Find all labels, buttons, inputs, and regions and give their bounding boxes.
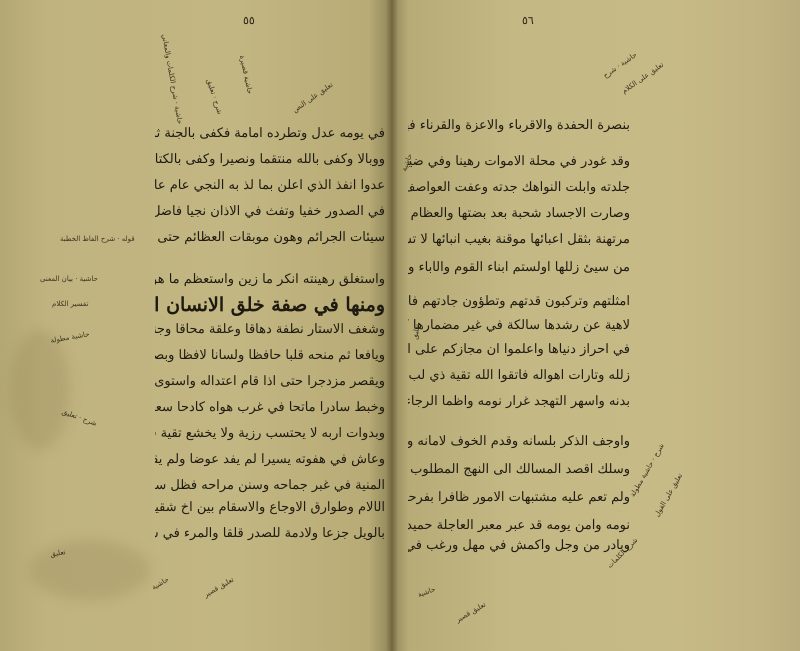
marginal-gloss: حاشية: [150, 576, 170, 592]
page-edge: [750, 0, 800, 651]
text-line: في يومه عدل وتطرده امامة فكفى بالجنة ثوا…: [155, 126, 385, 141]
text-line: جلدته وابلت النواهك جدته وعفت العواصف آث…: [408, 180, 630, 195]
book-gutter: [386, 0, 398, 651]
text-line: امثلتهم وتركبون قدتهم وتطؤون جادتهم فالق…: [408, 294, 630, 309]
text-line: الآلام وطوارق الاوجاع والاسقام بين اخ شق…: [155, 500, 385, 515]
text-line: بدنه واسهر التهجد غرار نومه واظما الرجاء…: [408, 394, 630, 409]
text-line: عدوا انفذ الذي اعلن بما لذ به النجي عام …: [155, 178, 385, 193]
text-line: وصارت الاجساد شحبة بعد بضتها والعظام نخر…: [408, 206, 630, 221]
text-line: في احراز دنياها واعلموا ان مجازكم على ال…: [408, 342, 630, 357]
text-line: بالويل جزعا ولادمة للصدر قلقا والمرء في …: [155, 526, 385, 541]
text-line: وبدوات اربه لا يحتسب رزية ولا يخشع تقية …: [155, 426, 385, 441]
text-line: وقد غودر في محلة الاموات رهينا وفي ضيق ا…: [408, 154, 630, 169]
page-number-right: ٥٦: [522, 14, 534, 27]
text-line: زلله وتارات اهواله فاتقوا الله تقية ذي ل…: [408, 368, 630, 383]
text-line: ووبالا وكفى بالله منتقما ونصيرا وكفى بال…: [155, 152, 385, 167]
left-page: ٥٥ حاشية · شرح الكلمات والمعاني شرح · تع…: [0, 0, 392, 651]
text-line: المنية في غبر جماحه وسنن مراحه فظل سادرا…: [155, 478, 385, 493]
marginal-gloss: تعليق على القول: [653, 472, 684, 518]
text-line: وشغف الاستار نطفة دهاقا وعلقة محاقا وجني…: [155, 322, 385, 337]
text-line: ويقصر مزدجرا حتى اذا قام اعتداله واستوى …: [155, 374, 385, 389]
text-line: نومه وآمن يومه قد عبر معبر العاجلة حميدا…: [408, 518, 630, 533]
marginal-gloss: حاشية مطولة: [50, 330, 90, 345]
page-number-left: ٥٥: [243, 14, 255, 27]
text-line: من سيئ زللها اولستم ابناء القوم والآباء …: [408, 260, 630, 275]
main-text-block-right: بنصرة الحفدة والاقرباء والاعزة والقرناء …: [408, 118, 630, 538]
marginal-gloss: تعليق على النص: [291, 81, 334, 115]
marginal-gloss: حاشية · شرح: [602, 51, 639, 80]
marginal-gloss: شرح · تعليق: [182, 8, 224, 115]
text-line: سيئات الجرائم وهون موبقات العظائم حتى اذ…: [155, 230, 385, 245]
text-line: ويافعا ثم منحه قلبا حافظا ولسانا لافظا و…: [155, 348, 385, 363]
text-line: وسلك اقصد المسالك الى النهج المطلوب ولم …: [408, 462, 630, 477]
text-line: وبادر من وجل واكمش في مهل ورغب في طلب وذ…: [408, 538, 630, 553]
marginal-gloss: حاشية: [417, 585, 437, 599]
marginal-gloss: حاشية · بيان المعنى: [40, 275, 98, 283]
marginal-gloss: تعليق قصير: [454, 601, 487, 625]
text-line: بنصرة الحفدة والاقرباء والاعزة والقرناء …: [408, 118, 630, 133]
marginal-gloss: حاشية · شرح الكلمات والمعاني: [152, 0, 184, 125]
text-line: ولم تعم عليه مشتبهات الامور ظافرا بفرحة …: [408, 490, 630, 505]
paper-stain: [10, 330, 70, 450]
text-line: واستغلق رهينته انكر ما زين واستعظم ما هو…: [155, 272, 385, 287]
text-line: واوجف الذكر بلسانه وقدم الخوف لامانه وتن…: [408, 434, 630, 449]
paper-stain: [30, 540, 150, 600]
marginal-gloss: شرح · حاشية مطولة: [629, 442, 666, 498]
text-line: وعاش في هفوته يسيرا لم يفد عوضا ولم يقض …: [155, 452, 385, 467]
text-line: وخبط سادرا ماتحا في غرب هواه كادحا سعيا …: [155, 400, 385, 415]
text-line: مرتهنة بثقل اعبائها موقنة بغيب انبائها ل…: [408, 232, 630, 247]
text-line: لاهية عن رشدها سالكة في غير مضمارها كان …: [408, 318, 630, 333]
marginal-gloss: تعليق قصير: [202, 576, 235, 600]
right-page: ٥٦ حاشية · شرح تعليق على الكلام بنصرة ال…: [392, 0, 800, 651]
main-text-block-left: في يومه عدل وتطرده امامة فكفى بالجنة ثوا…: [155, 126, 385, 526]
marginal-gloss: تعليق على الكلام: [621, 61, 666, 96]
section-heading-line: ومنها في صفة خلق الانسان ام هذا الذي انش…: [155, 294, 385, 316]
manuscript-spread: ٥٥ حاشية · شرح الكلمات والمعاني شرح · تع…: [0, 0, 800, 651]
marginal-gloss: قوله · شرح الفاظ الخطبة: [60, 235, 135, 243]
marginal-gloss: تفسير الكلام: [52, 300, 88, 308]
text-line: في الصدور خفيا وتفث في الاذان نجيا فاضل …: [155, 204, 385, 219]
